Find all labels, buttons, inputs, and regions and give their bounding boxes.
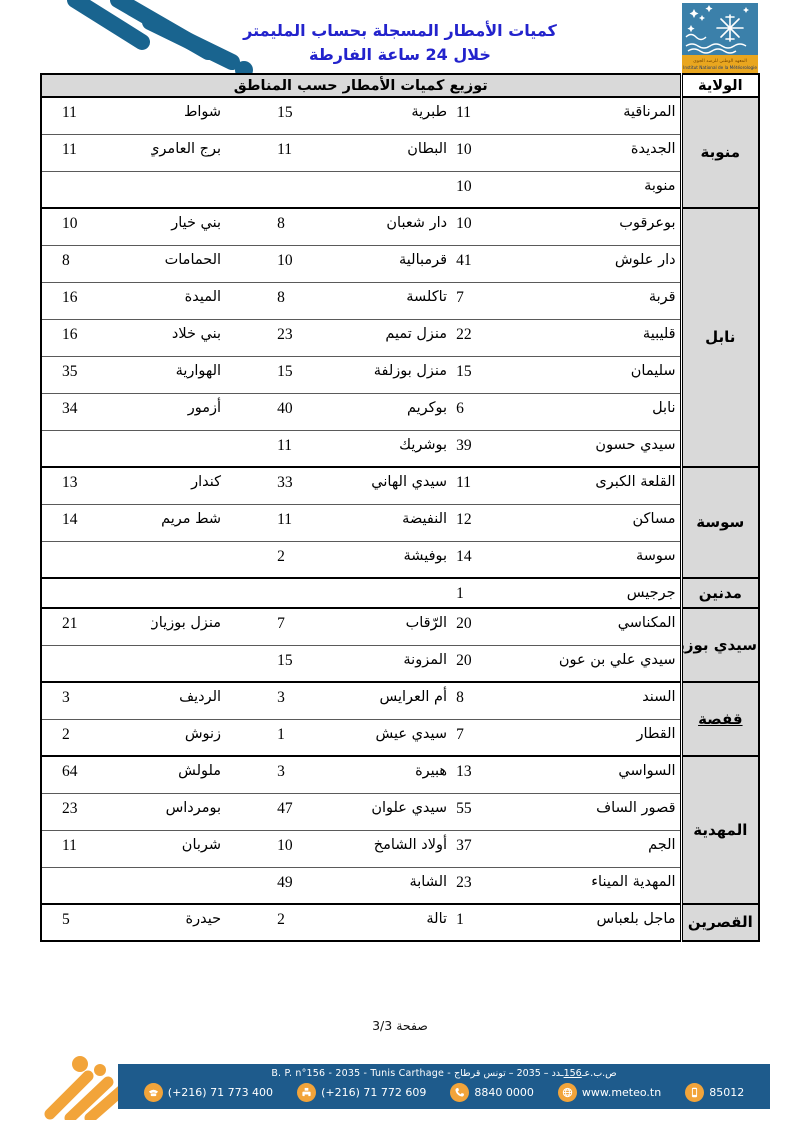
- table-row: قربة7تاكلسة8الميدة16: [41, 282, 759, 319]
- rain-value: 34: [41, 393, 151, 430]
- emblem-caption-fr: Institut National de la Météorologie: [683, 65, 757, 70]
- rain-value: 6: [451, 393, 521, 430]
- rain-value: 1: [451, 578, 521, 608]
- station-name: النفيضة: [311, 504, 451, 541]
- rain-value: [41, 430, 151, 467]
- contact-phone-text: (+216) 71 773 400: [168, 1086, 273, 1099]
- station-name: المكناسي: [521, 608, 681, 645]
- rain-value: [251, 171, 311, 208]
- station-name: البطان: [311, 134, 451, 171]
- station-name: سيدي عيش: [311, 719, 451, 756]
- rain-value: [41, 541, 151, 578]
- station-name: سليمان: [521, 356, 681, 393]
- table-row: قفصةالسند8أم العرايس3الرديف3: [41, 682, 759, 719]
- report-page: كميات الأمطار المسجلة بحساب المليمتر خلا…: [0, 0, 800, 1131]
- station-name: زنوش: [151, 719, 251, 756]
- table-row: سليمان15منزل بوزلفة15الهوارية35: [41, 356, 759, 393]
- station-name: قربة: [521, 282, 681, 319]
- table-row: سيدي حسون39بوشريك11: [41, 430, 759, 467]
- governorate-cell: نابل: [681, 208, 759, 467]
- rain-value: 3: [41, 682, 151, 719]
- station-name: بوكريم: [311, 393, 451, 430]
- table-row: نابلبوعرقوب10دار شعبان8بني خيار10: [41, 208, 759, 245]
- station-name: [311, 171, 451, 208]
- station-name: نابل: [521, 393, 681, 430]
- contact-fax-text: (+216) 71 772 609: [321, 1086, 426, 1099]
- rain-value: 20: [451, 608, 521, 645]
- contact-callcenter-text: 8840 0000: [474, 1086, 534, 1099]
- rain-value: 15: [251, 356, 311, 393]
- rain-value: 20: [451, 645, 521, 682]
- rain-value: 13: [451, 756, 521, 793]
- station-name: حيدرة: [151, 904, 251, 941]
- station-name: سيدي علي بن عون: [521, 645, 681, 682]
- table-row: دار علوش41قرمبالية10الحمامات8: [41, 245, 759, 282]
- rain-value: [251, 578, 311, 608]
- station-name: كندار: [151, 467, 251, 504]
- rain-value: 3: [251, 682, 311, 719]
- footer-address: B. P. n°156 - 2035 - Tunis Carthage - ص.…: [118, 1068, 770, 1079]
- station-name: منوبة: [521, 171, 681, 208]
- station-name: ماجل بلعباس: [521, 904, 681, 941]
- station-name: بني خيار: [151, 208, 251, 245]
- table-row: سيدي علي بن عون20المزونة15: [41, 645, 759, 682]
- table-row: المهديةالسواسي13هبيرة3ملولش64: [41, 756, 759, 793]
- table-row: منوبة10: [41, 171, 759, 208]
- rain-table: الولاية توزيع كميات الأمطار حسب المناطق …: [40, 73, 760, 942]
- station-name: [151, 171, 251, 208]
- footer-contacts: (+216) 71 773 400 (+216) 71 772 609: [118, 1083, 770, 1102]
- rain-value: 11: [451, 467, 521, 504]
- station-name: شط مريم: [151, 504, 251, 541]
- table-row: سوسةالقلعة الكبرى11سيدي الهاني33كندار13: [41, 467, 759, 504]
- station-name: شربان: [151, 830, 251, 867]
- call-icon: [450, 1083, 469, 1102]
- phone-icon: [144, 1083, 163, 1102]
- table-row: سيدي بوزيدالمكناسي20الرّقاب7منزل بوزيان2…: [41, 608, 759, 645]
- station-name: طبرية: [311, 97, 451, 134]
- table-row: مدنينجرجيس1: [41, 578, 759, 608]
- rain-value: 10: [251, 830, 311, 867]
- station-name: [151, 430, 251, 467]
- table-row: المهدية الميناء23الشابة49: [41, 867, 759, 904]
- table-row: الجم37أولاد الشامخ10شربان11: [41, 830, 759, 867]
- station-name: أم العرايس: [311, 682, 451, 719]
- governorate-cell: مدنين: [681, 578, 759, 608]
- rain-value: 10: [451, 171, 521, 208]
- rain-value: 8: [451, 682, 521, 719]
- station-name: أولاد الشامخ: [311, 830, 451, 867]
- table-row: منوبةالمرناقية11طبرية15شواط11: [41, 97, 759, 134]
- page-title: كميات الأمطار المسجلة بحساب المليمتر خلا…: [190, 19, 610, 67]
- rain-value: 8: [251, 208, 311, 245]
- station-name: أزمور: [151, 393, 251, 430]
- rain-value: 10: [251, 245, 311, 282]
- regions-header: توزيع كميات الأمطار حسب المناطق: [41, 74, 681, 97]
- rain-value: 2: [251, 904, 311, 941]
- station-name: القطار: [521, 719, 681, 756]
- station-name: شواط: [151, 97, 251, 134]
- station-name: منزل بوزلفة: [311, 356, 451, 393]
- station-name: سوسة: [521, 541, 681, 578]
- rain-value: 5: [41, 904, 151, 941]
- sms-icon: [685, 1083, 704, 1102]
- rain-value: 41: [451, 245, 521, 282]
- table-row: نابل6بوكريم40أزمور34: [41, 393, 759, 430]
- station-name: الميدة: [151, 282, 251, 319]
- contact-fax: (+216) 71 772 609: [297, 1083, 426, 1102]
- governorate-cell: قفصة: [681, 682, 759, 756]
- rain-value: 11: [41, 97, 151, 134]
- station-name: ملولش: [151, 756, 251, 793]
- governorate-cell: سوسة: [681, 467, 759, 578]
- contact-website: www.meteo.tn: [558, 1083, 661, 1102]
- governorate-cell: القصرين: [681, 904, 759, 941]
- station-name: [151, 541, 251, 578]
- rain-table-container: الولاية توزيع كميات الأمطار حسب المناطق …: [40, 73, 760, 942]
- globe-icon: [558, 1083, 577, 1102]
- address-ar-number: 156: [564, 1068, 582, 1079]
- station-name: المهدية الميناء: [521, 867, 681, 904]
- station-name: سيدي حسون: [521, 430, 681, 467]
- station-name: مساكن: [521, 504, 681, 541]
- station-name: سيدي الهاني: [311, 467, 451, 504]
- rain-value: 14: [41, 504, 151, 541]
- station-name: الهوارية: [151, 356, 251, 393]
- table-row: الجديدة10البطان11برج العامري11: [41, 134, 759, 171]
- fax-icon: [297, 1083, 316, 1102]
- rain-value: 37: [451, 830, 521, 867]
- rain-value: 64: [41, 756, 151, 793]
- rain-value: 16: [41, 319, 151, 356]
- station-name: الرديف: [151, 682, 251, 719]
- station-name: دار شعبان: [311, 208, 451, 245]
- address-ar-post: ـدد – 2035 – تونس قرطاج: [454, 1068, 563, 1079]
- rain-value: 7: [251, 608, 311, 645]
- contact-phone: (+216) 71 773 400: [144, 1083, 273, 1102]
- footer-contact-bar: B. P. n°156 - 2035 - Tunis Carthage - ص.…: [118, 1064, 770, 1109]
- station-name: جرجيس: [521, 578, 681, 608]
- station-name: الجديدة: [521, 134, 681, 171]
- station-name: بوعرقوب: [521, 208, 681, 245]
- rain-value: 16: [41, 282, 151, 319]
- inm-emblem-logo: المعهد الوطني للرصد الجوي Institut Natio…: [682, 3, 758, 73]
- station-name: [151, 578, 251, 608]
- snowflake-icon: [717, 15, 743, 41]
- contact-website-text: www.meteo.tn: [582, 1086, 661, 1099]
- title-line-2: خلال 24 ساعة الفارطة: [190, 43, 610, 67]
- station-name: الشابة: [311, 867, 451, 904]
- rain-value: [41, 867, 151, 904]
- rain-value: 23: [41, 793, 151, 830]
- station-name: قليبية: [521, 319, 681, 356]
- station-name: برج العامري: [151, 134, 251, 171]
- table-row: سوسة14بوفيشة2: [41, 541, 759, 578]
- station-name: بوفيشة: [311, 541, 451, 578]
- station-name: المزونة: [311, 645, 451, 682]
- rain-value: 11: [41, 134, 151, 171]
- table-header-row: الولاية توزيع كميات الأمطار حسب المناطق: [41, 74, 759, 97]
- table-row: قليبية22منزل تميم23بني خلاد16: [41, 319, 759, 356]
- rain-table-body: منوبةالمرناقية11طبرية15شواط11الجديدة10ال…: [41, 97, 759, 941]
- station-name: قصور الساف: [521, 793, 681, 830]
- rain-value: 15: [251, 97, 311, 134]
- station-name: سيدي علوان: [311, 793, 451, 830]
- rain-value: 39: [451, 430, 521, 467]
- table-row: القطار7سيدي عيش1زنوش2: [41, 719, 759, 756]
- rain-value: 11: [251, 504, 311, 541]
- table-row: مساكن12النفيضة11شط مريم14: [41, 504, 759, 541]
- governorate-cell: منوبة: [681, 97, 759, 208]
- rain-value: 10: [451, 208, 521, 245]
- rain-value: 22: [451, 319, 521, 356]
- rain-value: [41, 171, 151, 208]
- rain-value: 11: [251, 430, 311, 467]
- rain-value: 14: [451, 541, 521, 578]
- rain-value: 15: [251, 645, 311, 682]
- station-name: السند: [521, 682, 681, 719]
- table-row: القصرينماجل بلعباس1تالة2حيدرة5: [41, 904, 759, 941]
- station-name: الحمامات: [151, 245, 251, 282]
- station-name: القلعة الكبرى: [521, 467, 681, 504]
- station-name: دار علوش: [521, 245, 681, 282]
- page-number: صفحة 3/3: [0, 1018, 800, 1033]
- station-name: [311, 578, 451, 608]
- station-name: الجم: [521, 830, 681, 867]
- rain-value: [41, 578, 151, 608]
- rain-value: 10: [451, 134, 521, 171]
- station-name: هبيرة: [311, 756, 451, 793]
- rain-value: [41, 645, 151, 682]
- emblem-caption-ar: المعهد الوطني للرصد الجوي: [693, 59, 747, 64]
- rain-value: 47: [251, 793, 311, 830]
- rain-value: 2: [251, 541, 311, 578]
- rain-value: 23: [451, 867, 521, 904]
- station-name: [151, 867, 251, 904]
- rain-value: 10: [41, 208, 151, 245]
- address-ar-pre: ص.ب.عـ: [582, 1068, 617, 1079]
- rain-value: 33: [251, 467, 311, 504]
- contact-sms: 85012: [685, 1083, 744, 1102]
- contact-sms-text: 85012: [709, 1086, 744, 1099]
- rain-value: 7: [451, 282, 521, 319]
- rain-value: 13: [41, 467, 151, 504]
- governorate-cell: المهدية: [681, 756, 759, 904]
- station-name: تاكلسة: [311, 282, 451, 319]
- rain-value: 8: [41, 245, 151, 282]
- title-line-1: كميات الأمطار المسجلة بحساب المليمتر: [190, 19, 610, 43]
- rain-value: 2: [41, 719, 151, 756]
- station-name: المرناقية: [521, 97, 681, 134]
- rain-value: 49: [251, 867, 311, 904]
- rain-value: 11: [451, 97, 521, 134]
- rain-value: 1: [451, 904, 521, 941]
- station-name: السواسي: [521, 756, 681, 793]
- rain-value: 21: [41, 608, 151, 645]
- station-name: قرمبالية: [311, 245, 451, 282]
- station-name: [151, 645, 251, 682]
- station-name: الرّقاب: [311, 608, 451, 645]
- rain-value: 15: [451, 356, 521, 393]
- rain-value: 12: [451, 504, 521, 541]
- rain-value: 40: [251, 393, 311, 430]
- station-name: منزل بوزيان: [151, 608, 251, 645]
- governorate-cell: سيدي بوزيد: [681, 608, 759, 682]
- station-name: تالة: [311, 904, 451, 941]
- station-name: بني خلاد: [151, 319, 251, 356]
- address-latin: B. P. n°156 - 2035 - Tunis Carthage -: [271, 1068, 454, 1079]
- station-name: بوشريك: [311, 430, 451, 467]
- rain-value: 7: [451, 719, 521, 756]
- governorate-header: الولاية: [681, 74, 759, 97]
- station-name: بومرداس: [151, 793, 251, 830]
- rain-value: 11: [251, 134, 311, 171]
- table-row: قصور الساف55سيدي علوان47بومرداس23: [41, 793, 759, 830]
- rain-value: 23: [251, 319, 311, 356]
- rain-value: 11: [41, 830, 151, 867]
- station-name: منزل تميم: [311, 319, 451, 356]
- contact-callcenter: 8840 0000: [450, 1083, 534, 1102]
- rain-value: 8: [251, 282, 311, 319]
- rain-value: 55: [451, 793, 521, 830]
- rain-value: 1: [251, 719, 311, 756]
- rain-value: 3: [251, 756, 311, 793]
- rain-value: 35: [41, 356, 151, 393]
